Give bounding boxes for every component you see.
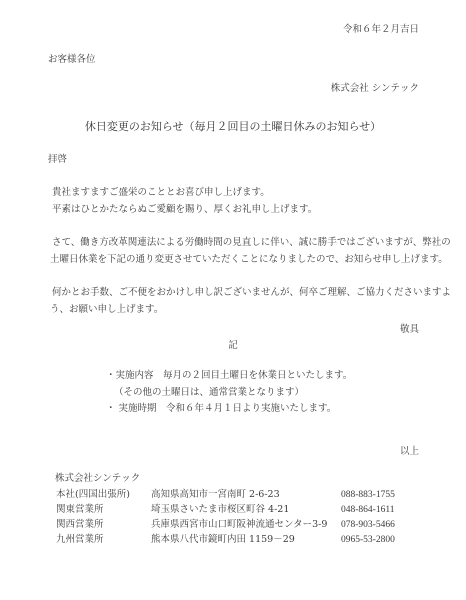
paragraph-line: 土曜日休業を下記の通り変更させていただくことになりましたので、お知らせ申し上げま… bbox=[50, 254, 448, 266]
closing-salutation: 敬具 bbox=[400, 324, 419, 336]
office-address: 高知県高知市一宮南町 2-6-23 bbox=[151, 489, 280, 501]
end-mark: 以上 bbox=[400, 446, 419, 458]
page-title: 休日変更のお知らせ（毎月２回目の土曜日休みのお知らせ） bbox=[0, 121, 466, 133]
office-address: 埼玉県さいたま市桜区町谷 4-21 bbox=[151, 504, 289, 516]
letter-date: 令和６年２月吉日 bbox=[343, 24, 419, 36]
office-address: 兵庫県西宮市山口町阪神流通センター3-9 bbox=[151, 519, 327, 531]
office-row: 関東営業所 埼玉県さいたま市桜区町谷 4-21 048-864-1611 bbox=[56, 504, 416, 517]
opening-salutation: 拝啓 bbox=[48, 154, 67, 166]
paragraph-line: 何かとお手数、ご不便をおかけし申し訳ございませんが、何卒ご理解、ご協力くださいま… bbox=[52, 287, 451, 299]
office-row: 九州営業所 熊本県八代市鏡町内田 1159－29 0965-53-2800 bbox=[56, 534, 416, 547]
record-heading: 記 bbox=[0, 340, 466, 352]
office-phone: 048-864-1611 bbox=[341, 504, 394, 516]
office-name: 関西営業所 bbox=[56, 519, 104, 531]
office-name: 九州営業所 bbox=[56, 534, 104, 546]
detail-item-note: （その他の土曜日は、通常営業となります） bbox=[114, 387, 304, 399]
company-name: 株式会社シンテック bbox=[55, 473, 140, 485]
office-name: 本社(四国出張所) bbox=[56, 489, 130, 501]
detail-item-content: ・実施内容 毎月の２回目土曜日を休業日といたします。 bbox=[106, 370, 352, 382]
office-row: 関西営業所 兵庫県西宮市山口町阪神流通センター3-9 078-903-5466 bbox=[56, 519, 416, 532]
recipient: お客様各位 bbox=[48, 54, 96, 66]
paragraph-line: さて、働き方改革関連法による労働時間の見直しに伴い、誠に勝手ではございますが、弊… bbox=[52, 237, 451, 249]
paragraph-line: 平素はひとかたならぬご愛顧を賜り、厚くお礼申し上げます。 bbox=[52, 204, 317, 216]
paragraph-line: う、お願い申し上げます。 bbox=[50, 304, 163, 316]
sender: 株式会社 シンテック bbox=[331, 83, 419, 95]
office-name: 関東営業所 bbox=[56, 504, 104, 516]
office-address: 熊本県八代市鏡町内田 1159－29 bbox=[151, 534, 295, 546]
paragraph-line: 貴社ますますご盛栄のこととお喜び申し上げます。 bbox=[52, 187, 270, 199]
office-phone: 078-903-5466 bbox=[341, 519, 395, 531]
detail-item-period: ・ 実施時期 令和６年４月１日より実施いたします。 bbox=[106, 403, 336, 415]
office-phone: 088-883-1755 bbox=[341, 489, 395, 501]
office-row: 本社(四国出張所) 高知県高知市一宮南町 2-6-23 088-883-1755 bbox=[56, 489, 416, 502]
office-phone: 0965-53-2800 bbox=[341, 534, 395, 546]
